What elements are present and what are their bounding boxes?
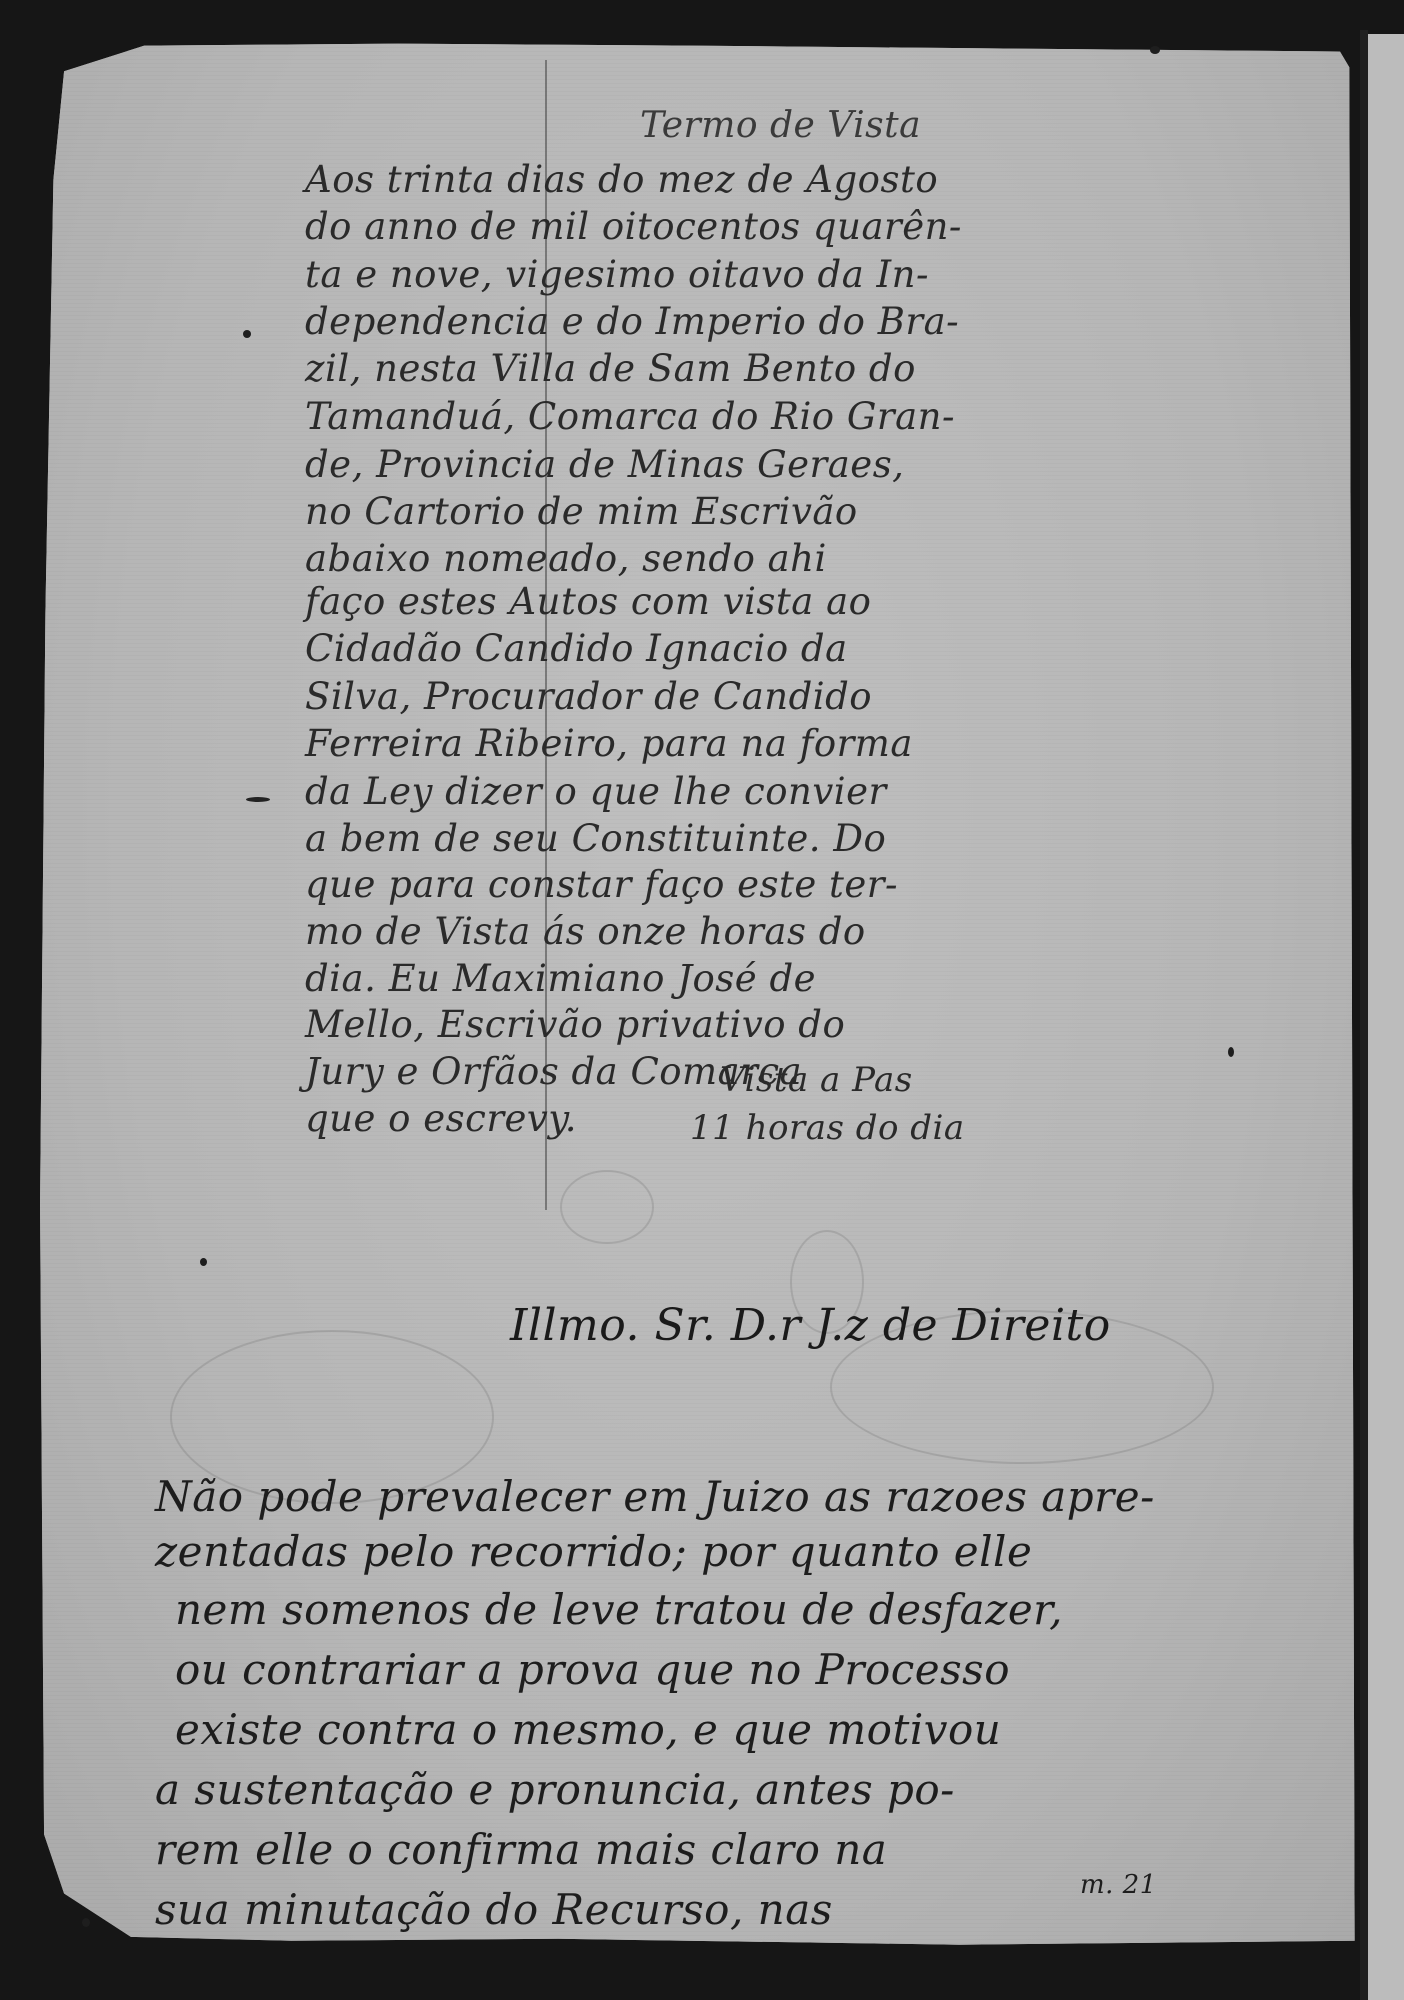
margin-note: Vista a Pas bbox=[720, 1060, 913, 1100]
text-line: zil, nesta Villa de Sam Bento do bbox=[305, 347, 916, 390]
text-line: que o escrevy. bbox=[305, 1097, 577, 1140]
text-line: do anno de mil oitocentos quarên- bbox=[305, 205, 962, 248]
page-gutter bbox=[1360, 30, 1368, 2000]
text-line: a sustentação e pronuncia, antes po- bbox=[155, 1765, 955, 1814]
text-line: Ferreira Ribeiro, para na forma bbox=[305, 722, 913, 765]
text-line: ta e nove, vigesimo oitavo da In- bbox=[305, 253, 929, 296]
ink-speck bbox=[1150, 46, 1160, 54]
text-line: a bem de seu Constituinte. Do bbox=[305, 817, 886, 860]
text-line: faço estes Autos com vista ao bbox=[305, 580, 871, 623]
ink-speck bbox=[82, 1918, 90, 1927]
adjacent-page-edge bbox=[1368, 34, 1404, 2000]
text-line: rem elle o confirma mais claro na bbox=[155, 1825, 887, 1874]
text-line: dependencia e do Imperio do Bra- bbox=[305, 300, 959, 343]
ink-speck bbox=[200, 1258, 207, 1266]
text-line: existe contra o mesmo, e que motivou bbox=[175, 1705, 1001, 1754]
text-line: sua minutação do Recurso, nas bbox=[155, 1885, 833, 1934]
text-line: da Ley dizer o que lhe convier bbox=[305, 770, 887, 813]
margin-note: 11 horas do dia bbox=[690, 1108, 965, 1148]
text-line: Mello, Escrivão privativo do bbox=[305, 1003, 845, 1046]
text-line: que para constar faço este ter- bbox=[305, 863, 898, 906]
text-line: ou contrariar a prova que no Processo bbox=[175, 1645, 1010, 1694]
folio-mark: m. 21 bbox=[1080, 1870, 1157, 1900]
ink-speck bbox=[243, 330, 251, 338]
section-title: Termo de Vista bbox=[640, 105, 921, 146]
text-line: no Cartorio de mim Escrivão bbox=[305, 490, 858, 533]
ink-speck bbox=[1228, 1047, 1234, 1057]
text-line: Tamanduá, Comarca do Rio Gran- bbox=[305, 395, 955, 438]
text-line: nem somenos de leve tratou de desfazer, bbox=[175, 1585, 1063, 1634]
text-line: zentadas pelo recorrido; por quanto elle bbox=[155, 1527, 1032, 1576]
text-line: de, Provincia de Minas Geraes, bbox=[305, 443, 904, 486]
text-line: abaixo nomeado, sendo ahi bbox=[305, 537, 827, 580]
text-line: Não pode prevalecer em Juizo as razoes a… bbox=[155, 1472, 1155, 1521]
text-line: Silva, Procurador de Candido bbox=[305, 675, 872, 718]
address-line: Illmo. Sr. D.r J.z de Direito bbox=[510, 1300, 1111, 1351]
text-line: mo de Vista ás onze horas do bbox=[305, 910, 866, 953]
text-line: Aos trinta dias do mez de Agosto bbox=[305, 158, 938, 201]
scan-frame: Termo de Vista Aos trinta dias do mez de… bbox=[0, 0, 1404, 2000]
margin-mark bbox=[246, 797, 270, 802]
text-line: Cidadão Candido Ignacio da bbox=[305, 627, 848, 670]
text-line: dia. Eu Maximiano José de bbox=[305, 957, 816, 1000]
bleed-through-flourish bbox=[560, 1170, 654, 1244]
